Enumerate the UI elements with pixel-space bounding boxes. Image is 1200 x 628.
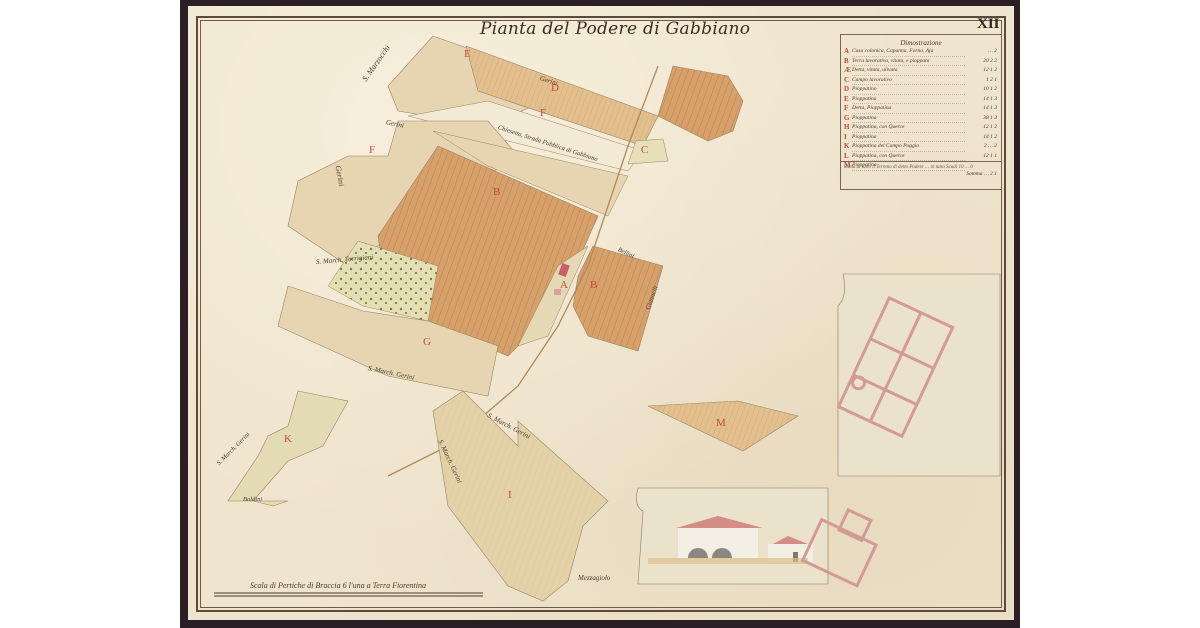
plot-label-m: M — [716, 417, 726, 429]
label-mezzagiolo: Mezzagiolo — [578, 574, 610, 582]
legend-note: Stima di tutto il Terreno di detto Poder… — [841, 161, 1001, 173]
plot-label-b: B — [493, 186, 500, 198]
plot-label-e: E — [464, 48, 471, 60]
plot-label-a: A — [560, 279, 568, 291]
plot-label-f: F — [369, 144, 375, 156]
legend-row: ACasa colonica, Capanna, Forno, Aja… 2 — [841, 47, 1001, 57]
plot-d-top — [658, 66, 743, 141]
scale-bar — [214, 593, 483, 596]
legend-table: Dimostrazione ACasa colonica, Capanna, F… — [840, 34, 1002, 190]
legend-row: CCampo lavorativo1 2 1 — [841, 76, 1001, 86]
legend-row: LPioppatina, con Querce12 1 1 — [841, 152, 1001, 162]
legend-row: FDetta, Pioppatina14 1 3 — [841, 104, 1001, 114]
legend-row: BTerra lavorativa, vitata, e pioppata20 … — [841, 57, 1001, 67]
legend-heading: Dimostrazione — [841, 39, 1001, 47]
legend-row: KPioppatina del Campo Poggio2 … 2 — [841, 142, 1001, 152]
plot-label-c: C — [641, 144, 648, 156]
legend-row: GPioppatina38 1 3 — [841, 114, 1001, 124]
floor-plan-inset-border — [838, 274, 1000, 476]
map-sheet: Pianta del Podere di Gabbiano XII Dimost… — [188, 6, 1014, 620]
legend-row: IPioppatina14 1 2 — [841, 133, 1001, 143]
plot-label-f-top: F — [540, 107, 546, 119]
scale-label: Scala di Pertiche di Braccia 6 l'una a T… — [250, 581, 426, 590]
plot-label-i: I — [508, 489, 512, 501]
plot-k — [228, 391, 348, 506]
plot-i — [433, 391, 608, 601]
legend-row: DPioppatino10 1 2 — [841, 85, 1001, 95]
legend-row: EPioppatina14 1 3 — [841, 95, 1001, 105]
legend-row: ÆDetta, vitata, ulivata12 1 2 — [841, 66, 1001, 76]
map-title: Pianta del Podere di Gabbiano — [480, 19, 750, 39]
label-baldini: Baldini — [243, 496, 262, 503]
plot-label-k: K — [284, 433, 292, 445]
plot-label-b-right: B — [590, 279, 597, 291]
legend-row: HPioppatina, con Querce12 1 2 — [841, 123, 1001, 133]
plate-number: XII — [977, 16, 1000, 33]
plot-label-g: G — [423, 336, 431, 348]
